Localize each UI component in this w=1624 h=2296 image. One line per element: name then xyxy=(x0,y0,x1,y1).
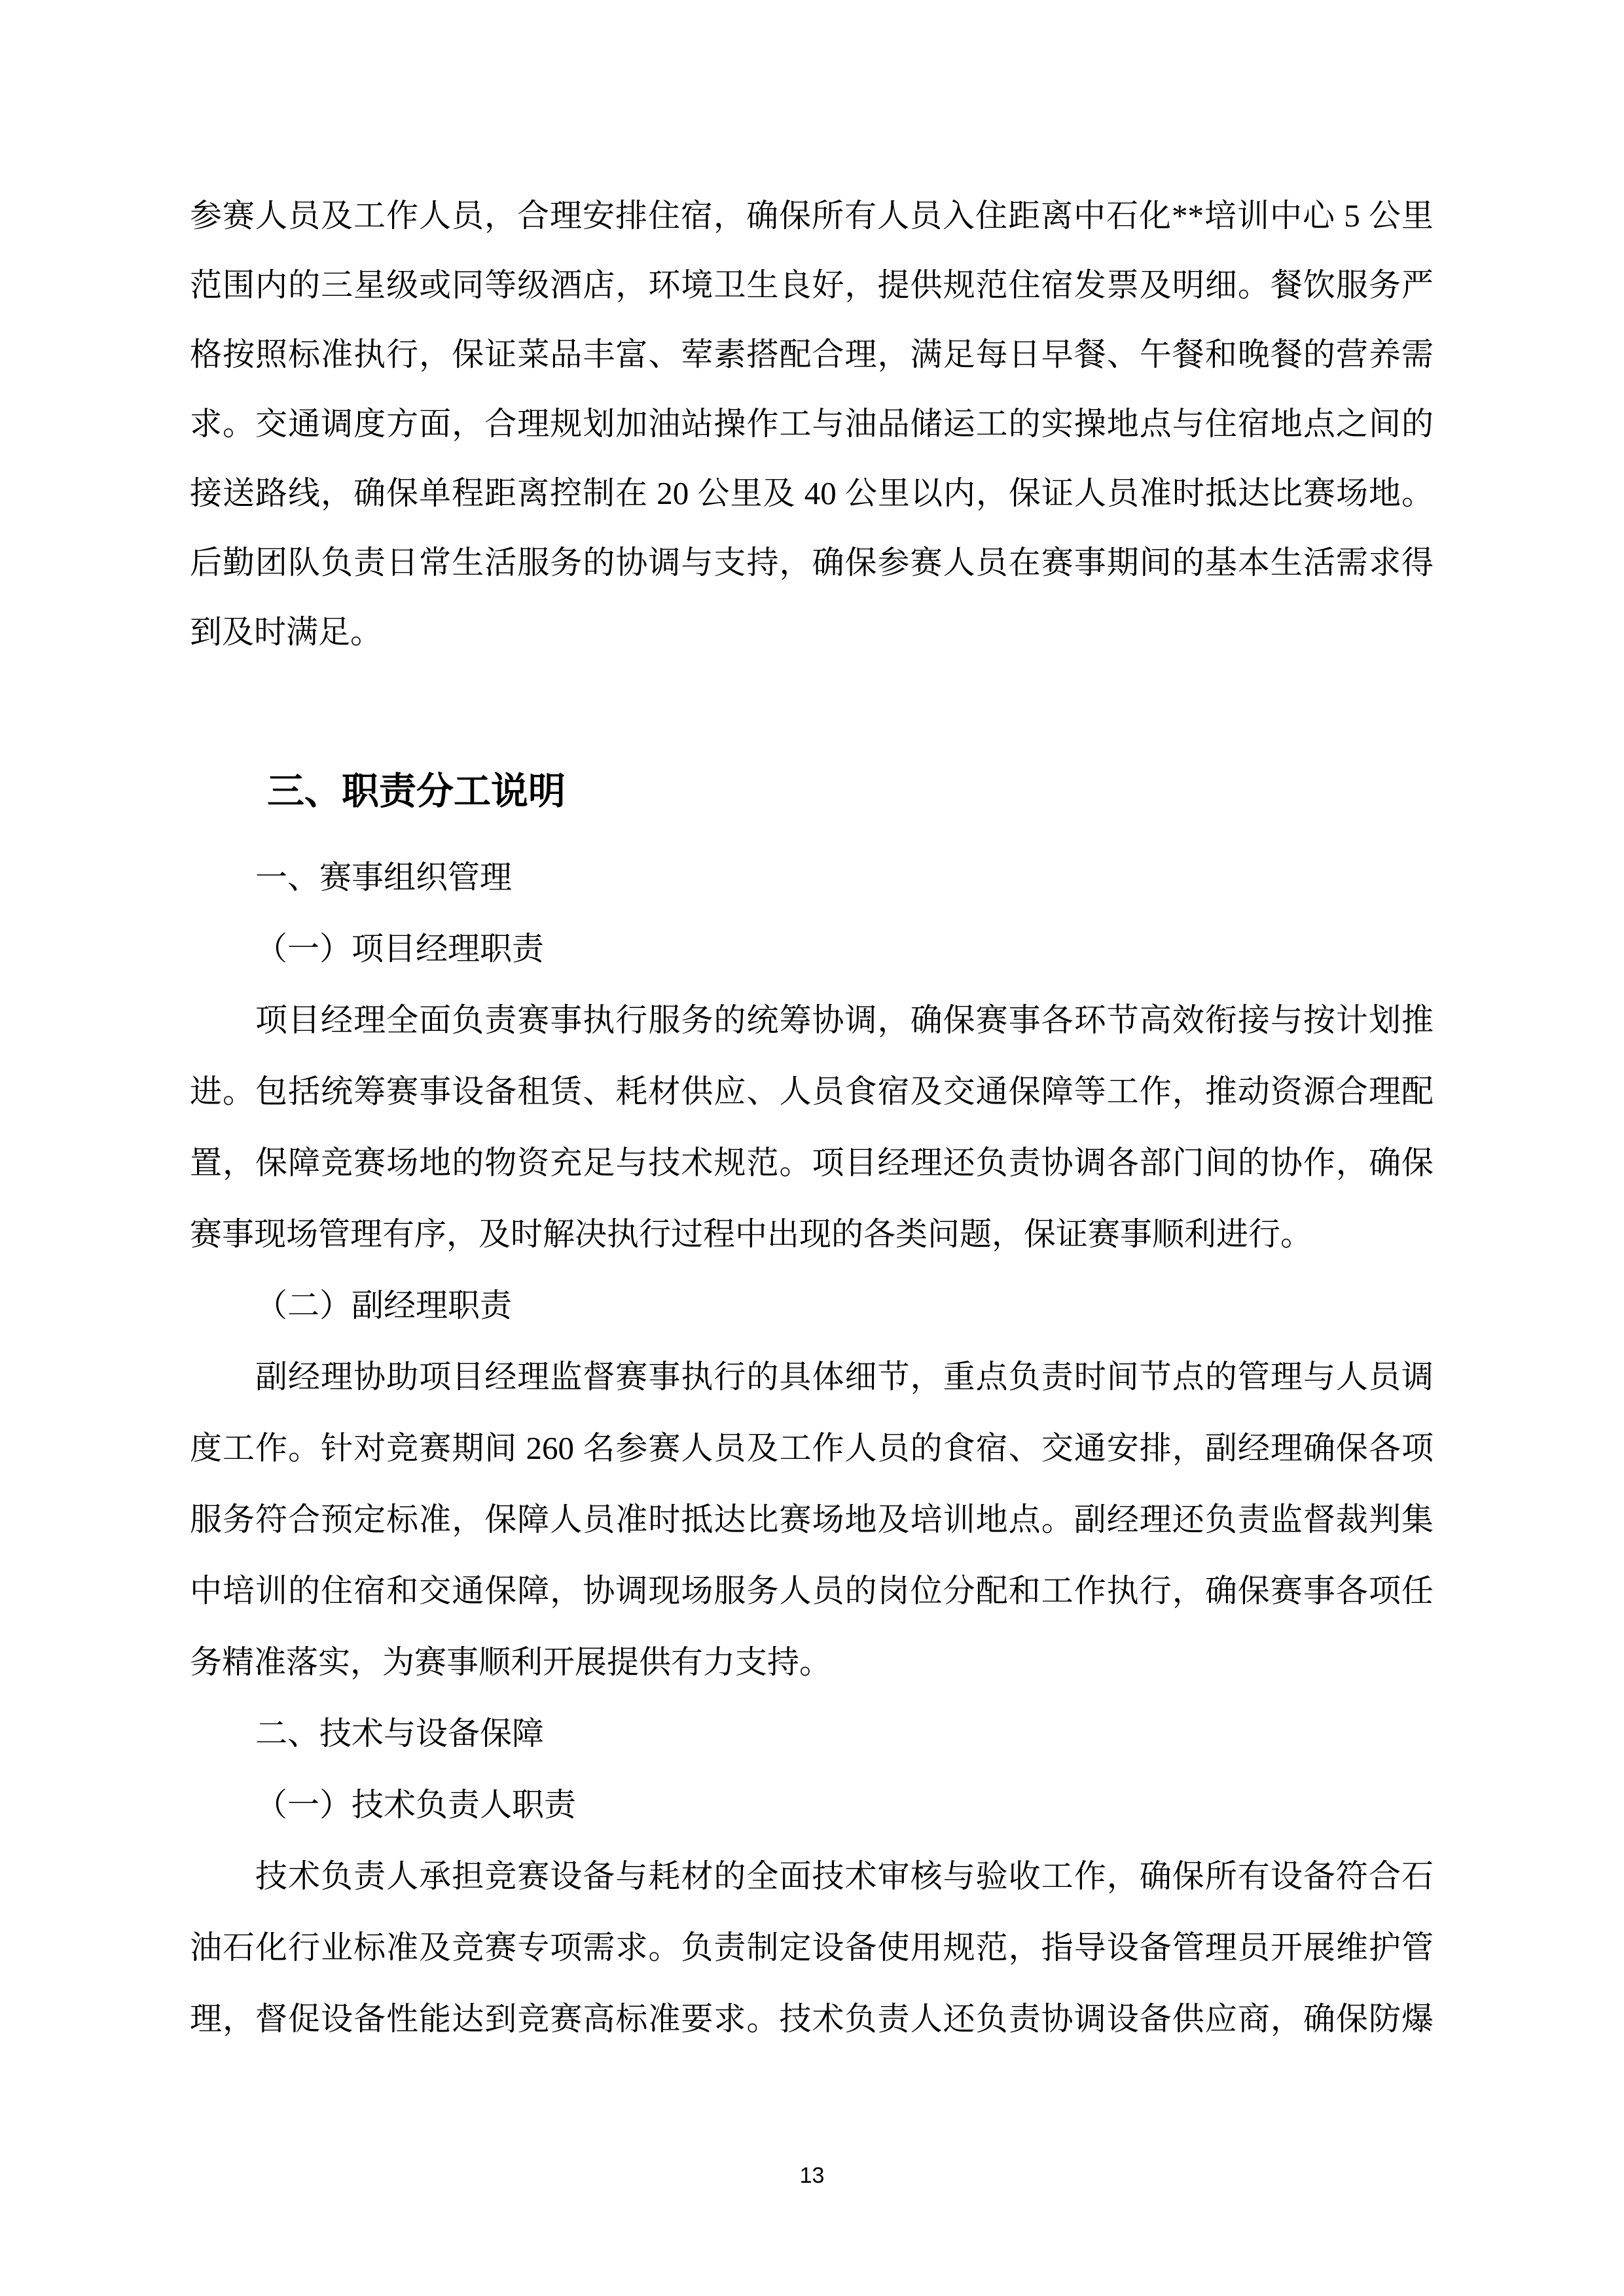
text-line: 接送路线，确保单程距离控制在 20 公里及 40 公里以内，保证人员准时抵达比赛… xyxy=(190,459,1434,528)
page-number: 13 xyxy=(0,2163,1624,2189)
text-line: 赛事现场管理有序，及时解决执行过程中出现的各类问题，保证赛事顺利进行。 xyxy=(190,1198,1434,1270)
paragraph: 项目经理全面负责赛事执行服务的统筹协调，确保赛事各环节高效衔接与按计划推进。包括… xyxy=(190,984,1434,1270)
paragraph: （一）技术负责人职责 xyxy=(190,1769,1434,1840)
text-line: 后勤团队负责日常生活服务的协调与支持，确保参赛人员在赛事期间的基本生活需求得 xyxy=(190,528,1434,598)
text-line: （一）技术负责人职责 xyxy=(190,1769,1434,1840)
text-line: （一）项目经理职责 xyxy=(190,913,1434,984)
paragraph: 副经理协助项目经理监督赛事执行的具体细节，重点负责时间节点的管理与人员调度工作。… xyxy=(190,1341,1434,1698)
text-line: 理，督促设备性能达到竞赛高标准要求。技术负责人还负责协调设备供应商，确保防爆 xyxy=(190,1983,1434,2054)
text-line: 求。交通调度方面，合理规划加油站操作工与油品储运工的实操地点与住宿地点之间的 xyxy=(190,389,1434,459)
text-line: 一、赛事组织管理 xyxy=(190,842,1434,913)
paragraph: （二）副经理职责 xyxy=(190,1270,1434,1341)
text-line: 务精准落实，为赛事顺利开展提供有力支持。 xyxy=(190,1626,1434,1698)
paragraph: 二、技术与设备保障 xyxy=(190,1698,1434,1769)
text-line: 置，保障竞赛场地的物资充足与技术规范。项目经理还负责协调各部门间的协作，确保 xyxy=(190,1127,1434,1198)
intro-paragraph: 参赛人员及工作人员，合理安排住宿，确保所有人员入住距离中石化**培训中心 5 公… xyxy=(190,181,1434,667)
text-line: 二、技术与设备保障 xyxy=(190,1698,1434,1769)
text-line: （二）副经理职责 xyxy=(190,1270,1434,1341)
text-line: 油石化行业标准及竞赛专项需求。负责制定设备使用规范，指导设备管理员开展维护管 xyxy=(190,1912,1434,1983)
text-line: 格按照标准执行，保证菜品丰富、荤素搭配合理，满足每日早餐、午餐和晚餐的营养需 xyxy=(190,320,1434,389)
paragraph: （一）项目经理职责 xyxy=(190,913,1434,984)
text-line: 度工作。针对竞赛期间 260 名参赛人员及工作人员的食宿、交通安排，副经理确保各… xyxy=(190,1412,1434,1484)
text-line: 服务符合预定标准，保障人员准时抵达比赛场地及培训地点。副经理还负责监督裁判集 xyxy=(190,1484,1434,1555)
text-line: 进。包括统筹赛事设备租赁、耗材供应、人员食宿及交通保障等工作，推动资源合理配 xyxy=(190,1056,1434,1127)
text-line: 中培训的住宿和交通保障，协调现场服务人员的岗位分配和工作执行，确保赛事各项任 xyxy=(190,1555,1434,1626)
text-line: 范围内的三星级或同等级酒店，环境卫生良好，提供规范住宿发票及明细。餐饮服务严 xyxy=(190,251,1434,320)
text-line: 到及时满足。 xyxy=(190,598,1434,667)
text-line: 副经理协助项目经理监督赛事执行的具体细节，重点负责时间节点的管理与人员调 xyxy=(190,1341,1434,1412)
text-line: 技术负责人承担竞赛设备与耗材的全面技术审核与验收工作，确保所有设备符合石 xyxy=(190,1840,1434,1912)
text-line: 项目经理全面负责赛事执行服务的统筹协调，确保赛事各环节高效衔接与按计划推 xyxy=(190,984,1434,1056)
body-section: 一、赛事组织管理（一）项目经理职责项目经理全面负责赛事执行服务的统筹协调，确保赛… xyxy=(190,842,1434,2054)
section-heading: 三、职责分工说明 xyxy=(190,755,1434,829)
page-content: 参赛人员及工作人员，合理安排住宿，确保所有人员入住距离中石化**培训中心 5 公… xyxy=(190,181,1434,2054)
paragraph: 一、赛事组织管理 xyxy=(190,842,1434,913)
text-line: 参赛人员及工作人员，合理安排住宿，确保所有人员入住距离中石化**培训中心 5 公… xyxy=(190,181,1434,251)
paragraph: 技术负责人承担竞赛设备与耗材的全面技术审核与验收工作，确保所有设备符合石油石化行… xyxy=(190,1840,1434,2054)
document-page: 参赛人员及工作人员，合理安排住宿，确保所有人员入住距离中石化**培训中心 5 公… xyxy=(0,0,1624,2296)
